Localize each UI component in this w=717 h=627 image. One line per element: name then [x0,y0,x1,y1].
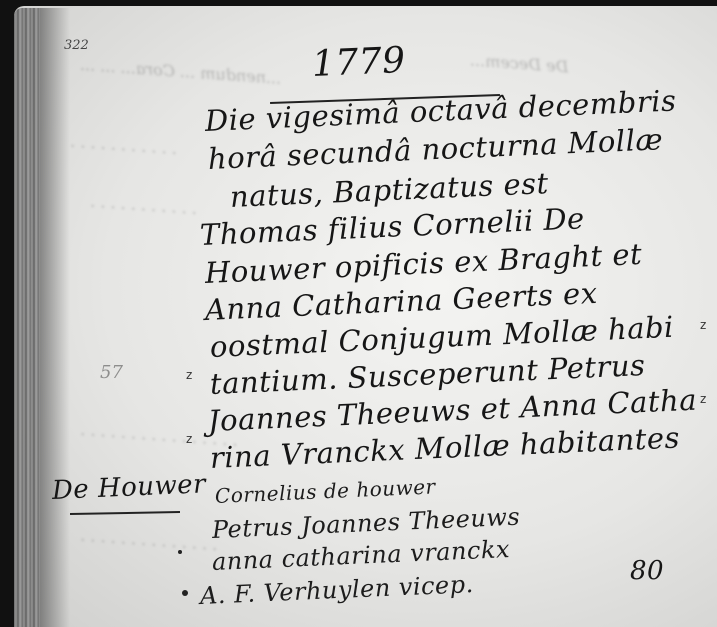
binding-shadow [40,8,70,627]
hyphen-mark: z [700,392,706,406]
page-number: 322 [64,38,89,53]
hyphen-mark: z [186,368,192,382]
entry-number: 80 [630,556,664,586]
year-heading: 1779 [311,40,406,85]
ink-dot [178,550,182,554]
book-binding-edge [14,8,40,627]
margin-mark: 57 [100,362,123,383]
hyphen-mark: z [700,318,706,332]
hyphen-mark: z [186,432,192,446]
ink-dot [182,590,188,596]
